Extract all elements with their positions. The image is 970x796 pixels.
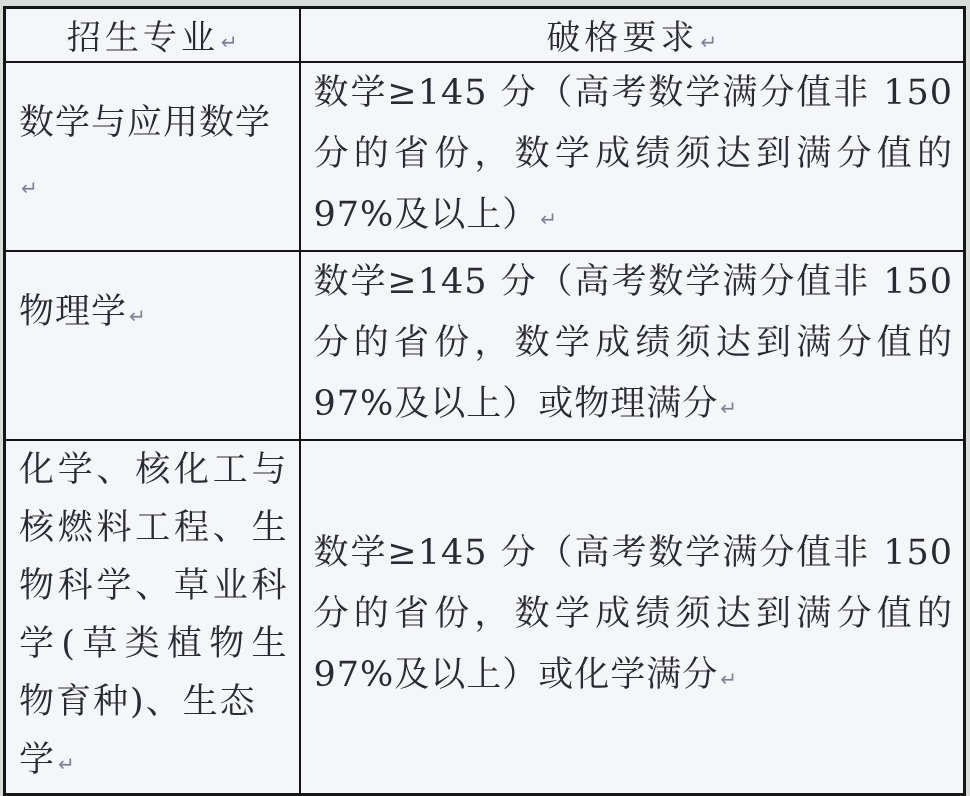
requirement-text-line: 分的省份，数学成绩须达到满分值的 (314, 584, 954, 645)
header-cell-requirement: 破格要求↵ (300, 8, 965, 62)
major-text-line: 物理学↵ (19, 282, 289, 347)
major-text-line: 物育种)、生态学↵ (19, 673, 289, 725)
paragraph-mark-icon: ↵ (540, 207, 557, 231)
empty-paragraph-line (19, 347, 289, 408)
paragraph-mark-icon: ↵ (700, 30, 717, 54)
major-text-line: 化学、核化工与 (19, 441, 289, 499)
paragraph-mark-icon: ↵ (720, 667, 737, 691)
paragraph-mark-icon: ↵ (720, 396, 737, 420)
major-text-line: 核燃料工程、生 (19, 499, 289, 557)
paragraph-mark-icon: ↵ (221, 30, 238, 54)
requirement-cell: 数学≥145 分（高考数学满分值非 150 分的省份，数学成绩须达到满分值的 9… (300, 251, 965, 440)
requirement-text-line: 97%及以上）↵ (314, 185, 954, 250)
header-cell-major: 招生专业↵ (5, 8, 300, 62)
header-requirement-label: 破格要求 (546, 18, 698, 58)
requirement-cell: 数学≥145 分（高考数学满分值非 150 分的省份，数学成绩须达到满分值的 9… (300, 62, 965, 251)
major-cell: 化学、核化工与 核燃料工程、生 物科学、草业科 学(草类植物生 物育种)、生态学… (5, 440, 300, 725)
major-text-line: 物科学、草业科 (19, 557, 289, 615)
major-cell: 物理学↵ (5, 251, 300, 440)
header-major-label: 招生专业 (67, 18, 219, 58)
major-cell: 数学与应用数学↵ (5, 62, 300, 251)
paragraph-mark-icon: ↵ (129, 304, 146, 328)
admission-requirements-table: 招生专业↵ 破格要求↵ 数学与应用数学↵ 数学≥145 分（高考数学满分值非 1… (3, 6, 966, 724)
requirement-text-line: 97%及以上）或物理满分↵ (314, 374, 954, 439)
requirement-text-line: 97%及以上）或化学满分↵ (314, 645, 954, 710)
table-row: 物理学↵ 数学≥145 分（高考数学满分值非 150 分的省份，数学成绩须达到满… (5, 251, 965, 440)
paragraph-mark-icon: ↵ (21, 176, 38, 200)
table-row: 化学、核化工与 核燃料工程、生 物科学、草业科 学(草类植物生 物育种)、生态学… (5, 440, 965, 725)
requirement-text-line: 分的省份，数学成绩须达到满分值的 (314, 313, 954, 374)
major-text-line: 学(草类植物生 (19, 615, 289, 673)
document-page: 招生专业↵ 破格要求↵ 数学与应用数学↵ 数学≥145 分（高考数学满分值非 1… (3, 6, 966, 724)
requirement-cell: 数学≥145 分（高考数学满分值非 150 分的省份，数学成绩须达到满分值的 9… (300, 440, 965, 725)
table-header-row: 招生专业↵ 破格要求↵ (5, 8, 965, 62)
requirement-text-line: 数学≥145 分（高考数学满分值非 150 (314, 523, 954, 584)
major-text-line: 数学与应用数学↵ (19, 93, 289, 219)
requirement-text-line: 数学≥145 分（高考数学满分值非 150 (314, 252, 954, 313)
requirement-text-line: 数学≥145 分（高考数学满分值非 150 (314, 63, 954, 124)
table-row: 数学与应用数学↵ 数学≥145 分（高考数学满分值非 150 分的省份，数学成绩… (5, 62, 965, 251)
requirement-text-line: 分的省份，数学成绩须达到满分值的 (314, 124, 954, 185)
